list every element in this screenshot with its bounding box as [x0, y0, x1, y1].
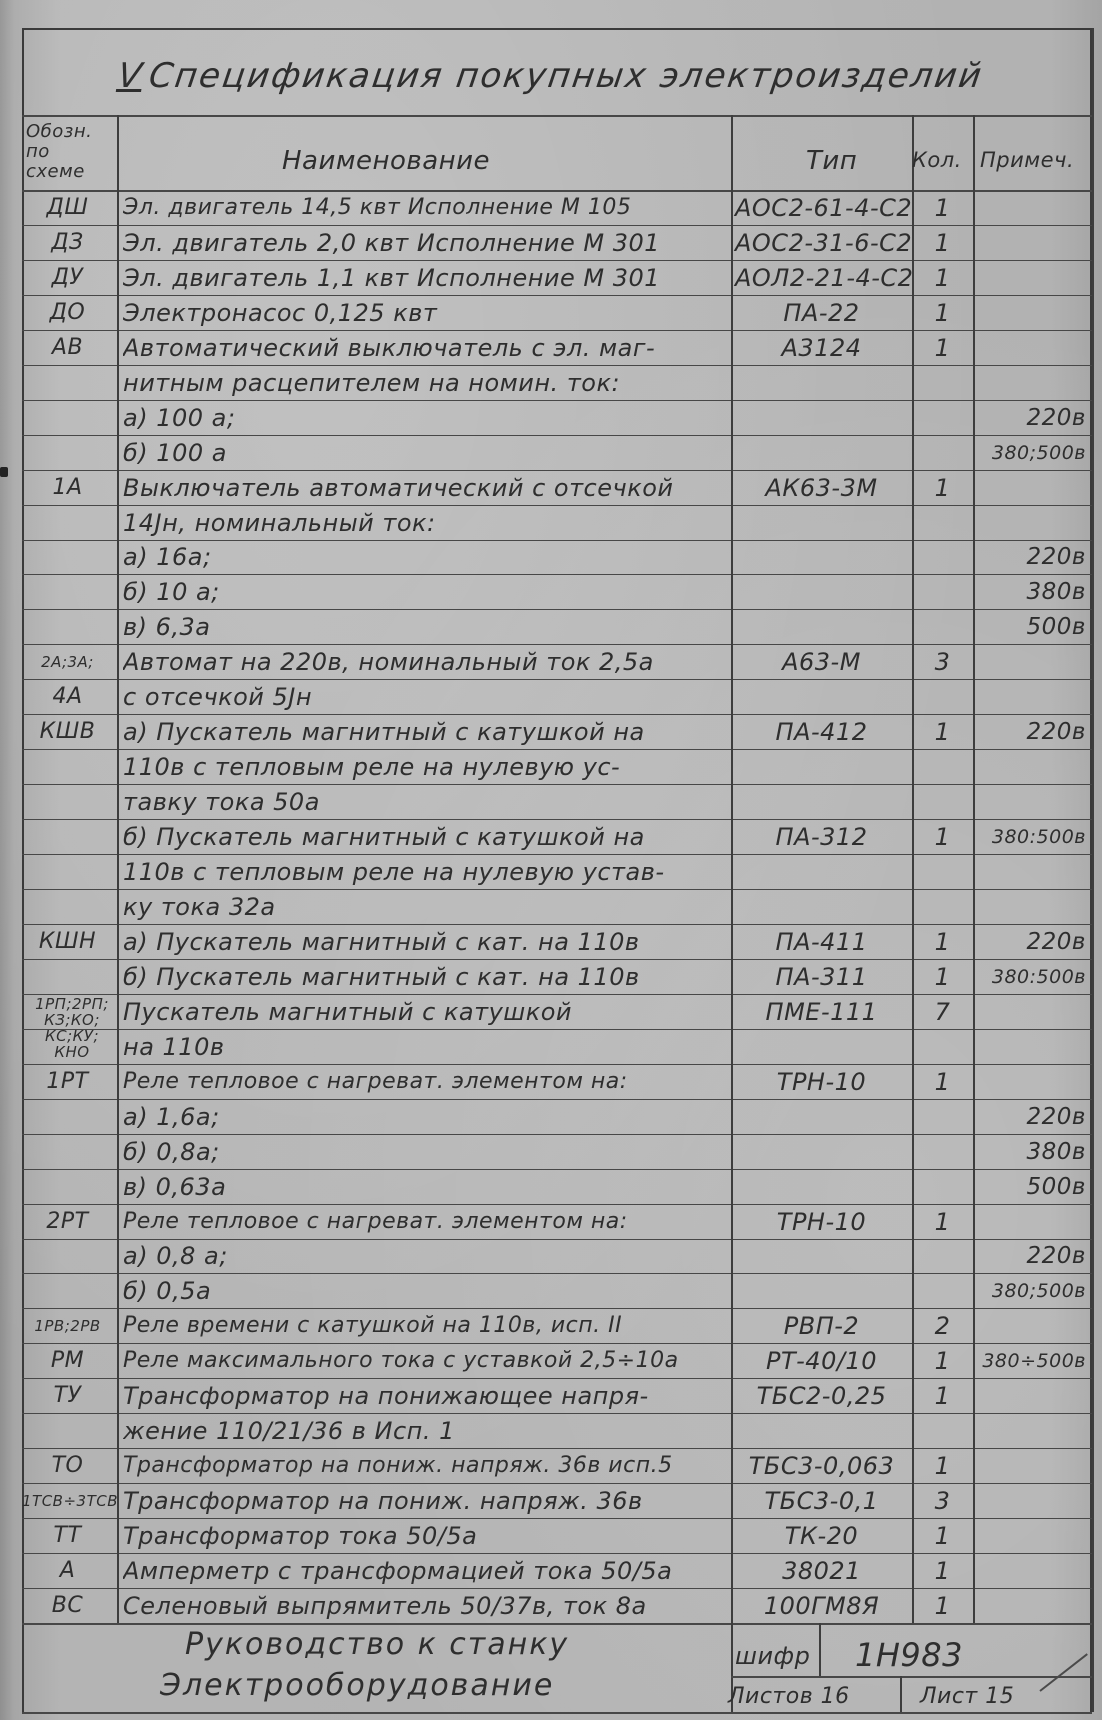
row-type: ПА-411	[735, 927, 908, 957]
row-rule	[22, 1134, 1092, 1135]
row-note: 380:500в	[975, 962, 1086, 992]
row-name: а) 100 а;	[123, 403, 729, 433]
row-designation: ДУ	[22, 263, 113, 293]
row-rule	[22, 644, 1092, 645]
row-rule	[22, 784, 1092, 785]
section-title: Спецификация покупных электроизделий	[146, 56, 985, 96]
row-note: 220в	[975, 927, 1086, 957]
row-designation: КС;КУ;	[28, 1028, 116, 1044]
row-name: Автомат на 220в, номинальный ток 2,5а	[123, 647, 729, 677]
row-name: Селеновый выпрямитель 50/37в, ток 8а	[123, 1591, 729, 1621]
row-type: ТБС3-0,063	[735, 1451, 908, 1481]
section-number: V	[115, 56, 146, 96]
row-qty: 3	[912, 1486, 973, 1516]
row-designation: 2РТ	[22, 1207, 113, 1237]
footer-title-line2: Электрооборудование	[160, 1668, 554, 1703]
row-name: тавку тока 50а	[123, 787, 729, 817]
row-name: в) 6,3а	[123, 612, 729, 642]
code-label: шифр	[735, 1642, 810, 1670]
row-name: Реле тепловое с нагреват. элементом на:	[123, 1207, 729, 1237]
row-type: ПА-412	[735, 717, 908, 747]
row-note: 380в	[975, 1137, 1086, 1167]
row-rule	[22, 889, 1092, 890]
row-name: Реле максимального тока с уставкой 2,5÷1…	[123, 1346, 729, 1376]
row-rule	[22, 365, 1092, 366]
row-note: 380÷500в	[975, 1346, 1086, 1376]
frame-right-rule	[1092, 28, 1094, 1712]
row-qty: 1	[912, 1556, 973, 1586]
row-qty: 1	[912, 1346, 973, 1376]
row-name: Электронасос 0,125 квт	[123, 298, 729, 328]
row-designation: ТУ	[22, 1381, 113, 1411]
row-rule	[22, 540, 1092, 541]
row-designation: 2А;3А;	[22, 647, 113, 677]
row-name: жение 110/21/36 в Исп. 1	[123, 1416, 729, 1446]
row-rule	[22, 1448, 1092, 1449]
row-name: с отсечкой 5Jн	[123, 682, 729, 712]
row-qty: 1	[912, 263, 973, 293]
row-type: ПА-312	[735, 822, 908, 852]
row-rule	[22, 609, 1092, 610]
header-bottom-rule	[22, 190, 1092, 192]
row-qty: 3	[912, 647, 973, 677]
row-name: б) Пускатель магнитный с кат. на 110в	[123, 962, 729, 992]
row-name: ку тока 32а	[123, 892, 729, 922]
row-designation: КЗ;КО;	[28, 1012, 116, 1028]
row-qty: 1	[912, 717, 973, 747]
row-designation: 1ТСВ÷3ТСВ	[22, 1486, 113, 1516]
footer-title-line1: Руководство к станку	[185, 1627, 569, 1662]
row-rule	[22, 1308, 1092, 1309]
row-qty: 1	[912, 193, 973, 223]
row-type: 100ГМ8Я	[735, 1591, 908, 1621]
row-type: ТРН-10	[735, 1067, 908, 1097]
row-qty: 1	[912, 962, 973, 992]
page-title: VСпецификация покупных электроизделий	[115, 56, 986, 96]
row-rule	[22, 435, 1092, 436]
row-type: ПА-311	[735, 962, 908, 992]
code-divider	[819, 1623, 821, 1676]
row-qty: 1	[912, 1521, 973, 1551]
row-note: 500в	[975, 1172, 1086, 1202]
row-qty: 1	[912, 473, 973, 503]
row-qty: 1	[912, 1067, 973, 1097]
row-name: Трансформатор на пониж. напряж. 36в исп.…	[123, 1451, 729, 1481]
row-rule	[22, 1273, 1092, 1274]
row-name: 110в с тепловым реле на нулевую ус-	[123, 752, 729, 782]
row-rule	[22, 330, 1092, 331]
row-rule	[22, 1623, 1092, 1625]
row-note: 220в	[975, 542, 1086, 572]
row-rule	[22, 470, 1092, 471]
row-note: 380в	[975, 577, 1086, 607]
row-name: Реле тепловое с нагреват. элементом на:	[123, 1067, 729, 1097]
row-qty: 1	[912, 1451, 973, 1481]
row-note: 220в	[975, 717, 1086, 747]
row-name: б) 100 а	[123, 438, 729, 468]
row-qty: 1	[912, 822, 973, 852]
row-rule	[22, 714, 1092, 715]
row-rule	[22, 260, 1092, 261]
header-designation: по	[26, 142, 50, 162]
header-note: Примеч.	[980, 148, 1074, 172]
row-type: РВП-2	[735, 1311, 908, 1341]
row-name: Трансформатор на понижающее напря-	[123, 1381, 729, 1411]
row-qty: 1	[912, 1381, 973, 1411]
row-designation: ДШ	[22, 193, 113, 223]
row-name: Выключатель автоматический с отсечкой	[123, 473, 729, 503]
frame-bottom-rule	[22, 1712, 1092, 1714]
row-name: Автоматический выключатель с эл. маг-	[123, 333, 729, 363]
row-designation: ТО	[22, 1451, 113, 1481]
row-qty: 2	[912, 1311, 973, 1341]
row-qty: 1	[912, 1591, 973, 1621]
row-note: 380;500в	[975, 438, 1086, 468]
row-designation: КНО	[28, 1044, 116, 1060]
sheet-number: Лист 15	[920, 1684, 1014, 1709]
row-designation: 4А	[22, 682, 113, 712]
row-qty: 1	[912, 333, 973, 363]
row-designation: РМ	[22, 1346, 113, 1376]
row-rule	[22, 1029, 1092, 1030]
row-name: а) Пускатель магнитный с кат. на 110в	[123, 927, 729, 957]
row-type: ПМЕ-111	[735, 997, 908, 1027]
row-type: ТК-20	[735, 1521, 908, 1551]
row-name: нитным расцепителем на номин. ток:	[123, 368, 729, 398]
row-name: Эл. двигатель 14,5 квт Исполнение М 105	[123, 193, 729, 223]
sheet-divider	[900, 1676, 902, 1712]
row-rule	[22, 854, 1092, 855]
row-type: А63-М	[735, 647, 908, 677]
title-block-mid-rule	[731, 1676, 1092, 1678]
row-note: 220в	[975, 403, 1086, 433]
row-rule	[22, 1343, 1092, 1344]
row-name: Пускатель магнитный с катушкой	[123, 997, 729, 1027]
row-name: б) 0,8а;	[123, 1137, 729, 1167]
row-rule	[22, 295, 1092, 296]
row-designation: 1РП;2РП;	[28, 996, 116, 1012]
column-rule	[117, 115, 119, 1623]
row-type: ТБС2-0,25	[735, 1381, 908, 1411]
row-name: б) Пускатель магнитный с катушкой на	[123, 822, 729, 852]
row-name: а) 16а;	[123, 542, 729, 572]
row-designation: ТТ	[22, 1521, 113, 1551]
row-note: 500в	[975, 612, 1086, 642]
row-rule	[22, 819, 1092, 820]
row-designation: ВС	[22, 1591, 113, 1621]
row-name: в) 0,63а	[123, 1172, 729, 1202]
row-type: АК63-3М	[735, 473, 908, 503]
column-rule	[973, 115, 975, 1623]
row-type: А3124	[735, 333, 908, 363]
row-rule	[22, 1588, 1092, 1589]
row-designation: 1РВ;2РВ	[22, 1311, 113, 1341]
row-rule	[22, 225, 1092, 226]
row-name: 14Jн, номинальный ток:	[123, 508, 729, 538]
code-value: 1Н983	[855, 1636, 963, 1674]
row-rule	[22, 994, 1092, 995]
row-rule	[22, 1518, 1092, 1519]
row-rule	[22, 1378, 1092, 1379]
header-type: Тип	[806, 146, 857, 176]
row-designation: А	[22, 1556, 113, 1586]
row-rule	[22, 1169, 1092, 1170]
row-qty: 1	[912, 927, 973, 957]
row-designation: КШВ	[22, 717, 113, 747]
row-designation: ДО	[22, 298, 113, 328]
row-name: б) 0,5а	[123, 1276, 729, 1306]
row-rule	[22, 1483, 1092, 1484]
row-type: РТ-40/10	[735, 1346, 908, 1376]
row-note: 220в	[975, 1102, 1086, 1132]
row-name: Эл. двигатель 2,0 квт Исполнение М 301	[123, 228, 729, 258]
header-designation: схеме	[26, 162, 85, 182]
row-designation: 1РТ	[22, 1067, 113, 1097]
row-rule	[22, 505, 1092, 506]
row-qty: 7	[912, 997, 973, 1027]
row-name: а) 1,6а;	[123, 1102, 729, 1132]
row-name: на 110в	[123, 1032, 729, 1062]
row-name: Трансформатор тока 50/5а	[123, 1521, 729, 1551]
row-rule	[22, 679, 1092, 680]
row-qty: 1	[912, 228, 973, 258]
row-designation: АВ	[22, 333, 113, 363]
row-rule	[22, 1553, 1092, 1554]
row-rule	[22, 1413, 1092, 1414]
row-note: 380;500в	[975, 1276, 1086, 1306]
row-type: ТРН-10	[735, 1207, 908, 1237]
row-rule	[22, 574, 1092, 575]
row-rule	[22, 400, 1092, 401]
row-name: 110в с тепловым реле на нулевую устав-	[123, 857, 729, 887]
row-designation: ДЗ	[22, 228, 113, 258]
row-designation: КШН	[22, 927, 113, 957]
sheets-total: Листов 16	[728, 1684, 850, 1709]
row-name: а) 0,8 а;	[123, 1241, 729, 1271]
row-rule	[22, 1099, 1092, 1100]
row-note: 220в	[975, 1241, 1086, 1271]
row-rule	[22, 1204, 1092, 1205]
header-designation: Обозн.	[26, 122, 92, 142]
row-name: Трансформатор на пониж. напряж. 36в	[123, 1486, 729, 1516]
row-designation: 1А	[22, 473, 113, 503]
row-type: АОС2-61-4-С2	[735, 193, 908, 223]
row-qty: 1	[912, 1207, 973, 1237]
row-name: Реле времени с катушкой на 110в, исп. II	[123, 1311, 729, 1341]
row-name: б) 10 а;	[123, 577, 729, 607]
row-qty: 1	[912, 298, 973, 328]
row-type: АОЛ2-21-4-С2	[735, 263, 908, 293]
table-top-rule	[22, 115, 1092, 117]
row-rule	[22, 959, 1092, 960]
row-type: ПА-22	[735, 298, 908, 328]
row-name: а) Пускатель магнитный с катушкой на	[123, 717, 729, 747]
row-rule	[22, 1239, 1092, 1240]
row-type: АОС2-31-6-С2	[735, 228, 908, 258]
binding-hole-mark	[0, 467, 8, 477]
row-rule	[22, 1064, 1092, 1065]
row-type: ТБС3-0,1	[735, 1486, 908, 1516]
column-rule	[731, 115, 733, 1623]
row-note: 380:500в	[975, 822, 1086, 852]
row-rule	[22, 749, 1092, 750]
row-name: Эл. двигатель 1,1 квт Исполнение М 301	[123, 263, 729, 293]
row-type: 38021	[735, 1556, 908, 1586]
header-name: Наименование	[282, 146, 490, 176]
header-qty: Кол.	[912, 148, 962, 172]
row-name: Амперметр с трансформацией тока 50/5а	[123, 1556, 729, 1586]
row-rule	[22, 924, 1092, 925]
